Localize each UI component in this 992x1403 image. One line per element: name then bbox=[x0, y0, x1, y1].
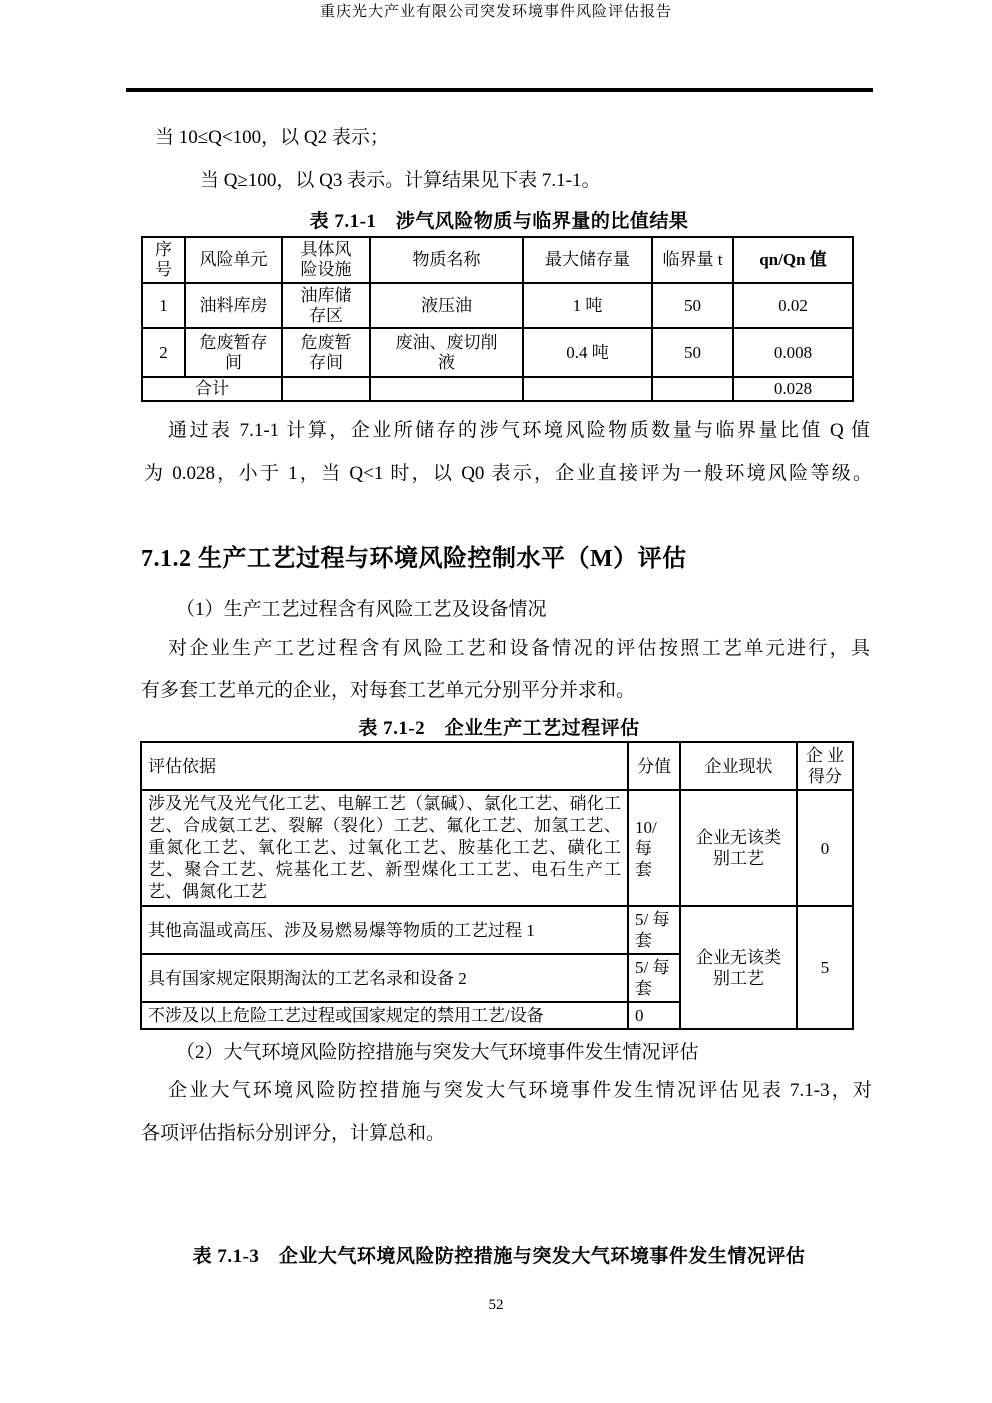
table-cell: 废油、废切削 液 bbox=[370, 328, 523, 377]
page-header-title: 重庆光大产业有限公司突发环境事件风险评估报告 bbox=[0, 0, 992, 21]
para-q-result-line-2: 为 0.028，小于 1，当 Q<1 时，以 Q0 表示，企业直接评为一般环境风… bbox=[144, 462, 872, 485]
score-cell: 0 bbox=[628, 1002, 680, 1029]
table-7-1-2: 评估依据 分值 企业现状 企 业 得分 涉及光气及光气化工艺、电解工艺（氯碱）、… bbox=[140, 741, 854, 1030]
table-7-1-2-title: 表 7.1-2 企业生产工艺过程评估 bbox=[126, 713, 872, 740]
score-cell: 10/每 套 bbox=[628, 790, 680, 906]
sub2-para-line-2: 各项评估指标分别评分，计算总和。 bbox=[141, 1122, 445, 1145]
total-value-cell: 0.028 bbox=[733, 377, 853, 401]
basis-cell: 其他高温或高压、涉及易燃易爆等物质的工艺过程 1 bbox=[141, 906, 628, 954]
subheading-1: （1）生产工艺过程含有风险工艺及设备情况 bbox=[176, 594, 547, 621]
table-row: 1 油料库房 油库储 存区 液压油 1 吨 50 0.02 bbox=[142, 283, 853, 328]
table-header-cell: 评估依据 bbox=[141, 742, 628, 790]
status-cell: 企业无该类 别工艺 bbox=[680, 790, 797, 906]
table-cell: 0.4 吨 bbox=[523, 328, 652, 377]
table-row: 2 危废暂存 间 危废暂 存间 废油、废切削 液 0.4 吨 50 0.008 bbox=[142, 328, 853, 377]
table-cell bbox=[523, 377, 652, 401]
table-header-cell: 企业现状 bbox=[680, 742, 797, 790]
table-cell: 油库储 存区 bbox=[282, 283, 370, 328]
table-row: 其他高温或高压、涉及易燃易爆等物质的工艺过程 1 5/ 每 套 企业无该类 别工… bbox=[141, 906, 853, 954]
basis-cell: 涉及光气及光气化工艺、电解工艺（氯碱）、氯化工艺、硝化工艺、合成氨工艺、裂解（裂… bbox=[141, 790, 628, 906]
sub1-para-line-1: 对企业生产工艺过程含有风险工艺和设备情况的评估按照工艺单元进行，具 bbox=[144, 637, 870, 660]
table-cell: 危废暂存 间 bbox=[185, 328, 282, 377]
table-header-cell: 临界量 t bbox=[652, 237, 733, 283]
table-row: 涉及光气及光气化工艺、电解工艺（氯碱）、氯化工艺、硝化工艺、合成氨工艺、裂解（裂… bbox=[141, 790, 853, 906]
table-cell: 危废暂 存间 bbox=[282, 328, 370, 377]
total-label-cell: 合计 bbox=[142, 377, 282, 401]
intro-line-1: 当 10≤Q<100，以 Q2 表示； bbox=[155, 126, 389, 149]
table-header-cell: 风险单元 bbox=[185, 237, 282, 283]
intro-line-2: 当 Q≥100，以 Q3 表示。计算结果见下表 7.1-1。 bbox=[200, 169, 600, 192]
table-header-cell: 具体风 险设施 bbox=[282, 237, 370, 283]
table-cell: 2 bbox=[142, 328, 185, 377]
merged-status-cell: 企业无该类 别工艺 bbox=[680, 906, 797, 1029]
para-q-result-line-1: 通过表 7.1-1 计算，企业所储存的涉气环境风险物质数量与临界量比值 Q 值 bbox=[144, 419, 870, 442]
table-cell: 50 bbox=[652, 328, 733, 377]
table-cell bbox=[282, 377, 370, 401]
table-cell: 1 bbox=[142, 283, 185, 328]
header-rule bbox=[126, 88, 873, 92]
basis-cell: 具有国家规定限期淘汰的工艺名录和设备 2 bbox=[141, 954, 628, 1002]
document-page: 重庆光大产业有限公司突发环境事件风险评估报告 当 10≤Q<100，以 Q2 表… bbox=[0, 0, 992, 1403]
subheading-2: （2）大气环境风险防控措施与突发大气环境事件发生情况评估 bbox=[176, 1037, 699, 1064]
table-header-cell: 企 业 得分 bbox=[797, 742, 853, 790]
table-7-1-3-title: 表 7.1-3 企业大气环境风险防控措施与突发大气环境事件发生情况评估 bbox=[126, 1241, 872, 1268]
table-cell: 0.008 bbox=[733, 328, 853, 377]
table-cell: 油料库房 bbox=[185, 283, 282, 328]
table-cell bbox=[652, 377, 733, 401]
table-header-cell: 物质名称 bbox=[370, 237, 523, 283]
table-7-1-1-title: 表 7.1-1 涉气风险物质与临界量的比值结果 bbox=[126, 206, 872, 233]
table-cell: 液压油 bbox=[370, 283, 523, 328]
table-7-1-1: 序 号 风险单元 具体风 险设施 物质名称 最大储存量 临界量 t qn/Qn … bbox=[141, 236, 854, 402]
table-total-row: 合计 0.028 bbox=[142, 377, 853, 401]
table-header-cell: qn/Qn 值 bbox=[733, 237, 853, 283]
score-cell: 5/ 每 套 bbox=[628, 906, 680, 954]
table-cell bbox=[370, 377, 523, 401]
merged-points-cell: 5 bbox=[797, 906, 853, 1029]
table-header-row: 序 号 风险单元 具体风 险设施 物质名称 最大储存量 临界量 t qn/Qn … bbox=[142, 237, 853, 283]
table-cell: 1 吨 bbox=[523, 283, 652, 328]
table-header-cell: 最大储存量 bbox=[523, 237, 652, 283]
table-header-cell: 分值 bbox=[628, 742, 680, 790]
basis-cell: 不涉及以上危险工艺过程或国家规定的禁用工艺/设备 bbox=[141, 1002, 628, 1029]
section-heading-7-1-2: 7.1.2 生产工艺过程与环境风险控制水平（M）评估 bbox=[141, 538, 687, 573]
table-cell: 50 bbox=[652, 283, 733, 328]
points-cell: 0 bbox=[797, 790, 853, 906]
page-number: 52 bbox=[0, 1297, 992, 1314]
sub2-para-line-1: 企业大气环境风险防控措施与突发大气环境事件发生情况评估见表 7.1-3，对 bbox=[144, 1079, 872, 1102]
sub1-para-line-2: 有多套工艺单元的企业，对每套工艺单元分别平分并求和。 bbox=[141, 679, 635, 702]
table-cell: 0.02 bbox=[733, 283, 853, 328]
table-header-cell: 序 号 bbox=[142, 237, 185, 283]
table-header-row: 评估依据 分值 企业现状 企 业 得分 bbox=[141, 742, 853, 790]
score-cell: 5/ 每 套 bbox=[628, 954, 680, 1002]
